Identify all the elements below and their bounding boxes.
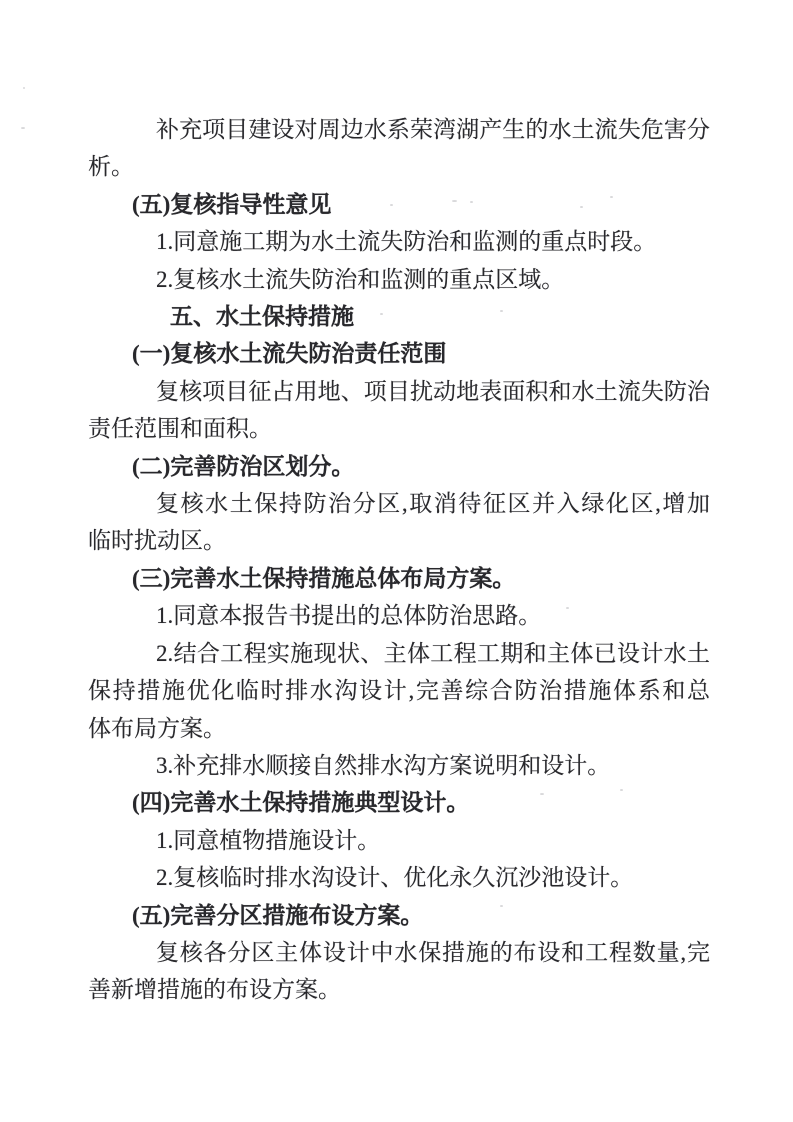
document-text-block: 补充项目建设对周边水系荣湾湖产生的水土流失危害分 析。 (五)复核指导性意见 1… xyxy=(88,111,710,1009)
section-heading: (二)完善防治区划分。 xyxy=(88,448,710,485)
body-line: 临时扰动区。 xyxy=(88,522,710,559)
section-heading: (一)复核水土流失防治责任范围 xyxy=(88,335,710,372)
scan-speck xyxy=(580,206,583,208)
numbered-item: 1.同意本报告书提出的总体防治思路。 xyxy=(88,597,710,634)
body-line: 保持措施优化临时排水沟设计,完善综合防治措施体系和总 xyxy=(88,672,710,709)
body-line: 善新增措施的布设方案。 xyxy=(88,971,710,1008)
body-line: 责任范围和面积。 xyxy=(88,410,710,447)
scan-speck xyxy=(452,200,457,202)
scan-speck xyxy=(540,793,544,795)
numbered-item: 1.同意植物措施设计。 xyxy=(88,822,710,859)
section-heading: (五)复核指导性意见 xyxy=(88,186,710,223)
numbered-item: 2.结合工程实施现状、主体工程工期和主体已设计水土 xyxy=(88,635,710,672)
section-heading: (五)完善分区措施布设方案。 xyxy=(88,897,710,934)
numbered-item: 2.复核临时排水沟设计、优化永久沉沙池设计。 xyxy=(88,859,710,896)
scan-speck xyxy=(610,196,613,198)
numbered-item: 3.补充排水顺接自然排水沟方案说明和设计。 xyxy=(88,747,710,784)
body-line: 析。 xyxy=(88,148,710,185)
scan-speck xyxy=(500,310,503,312)
numbered-item: 2.复核水土流失防治和监测的重点区域。 xyxy=(88,261,710,298)
body-line: 补充项目建设对周边水系荣湾湖产生的水土流失危害分 xyxy=(88,111,710,148)
section-heading: (三)完善水土保持措施总体布局方案。 xyxy=(88,560,710,597)
scan-speck xyxy=(566,607,569,609)
scan-speck xyxy=(500,905,503,907)
scan-speck xyxy=(470,201,473,203)
scan-speck xyxy=(21,127,25,129)
body-line: 复核水土保持防治分区,取消待征区并入绿化区,增加 xyxy=(88,485,710,522)
body-line: 复核各分区主体设计中水保措施的布设和工程数量,完 xyxy=(88,934,710,971)
body-line: 体布局方案。 xyxy=(88,710,710,747)
numbered-item: 1.同意施工期为水土流失防治和监测的重点时段。 xyxy=(88,223,710,260)
scan-speck xyxy=(620,789,623,791)
section-heading: (四)完善水土保持措施典型设计。 xyxy=(88,784,710,821)
scan-speck xyxy=(390,204,393,206)
body-line: 复核项目征占用地、项目扰动地表面积和水土流失防治 xyxy=(88,373,710,410)
document-page: 补充项目建设对周边水系荣湾湖产生的水土流失危害分 析。 (五)复核指导性意见 1… xyxy=(0,0,793,1122)
scan-speck xyxy=(380,313,383,315)
chapter-heading: 五、水土保持措施 xyxy=(88,298,710,335)
scan-speck xyxy=(23,87,25,89)
